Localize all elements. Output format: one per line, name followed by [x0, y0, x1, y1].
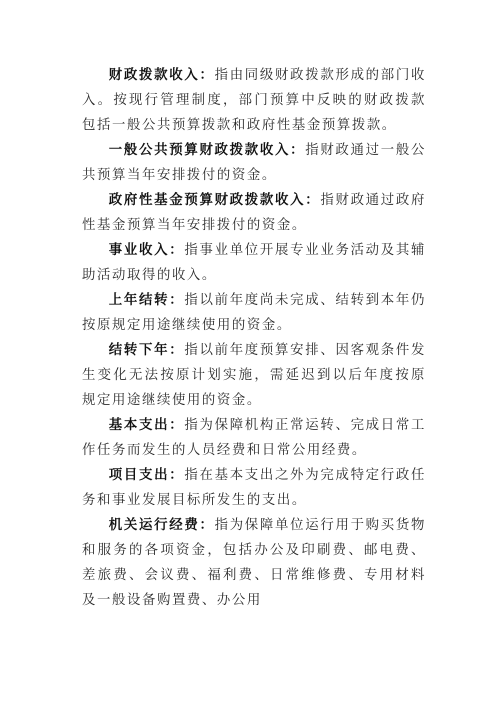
term-label: 一般公共预算财政拨款收入：	[109, 142, 305, 158]
paragraph-business-income: 事业收入：指事业单位开展专业业务活动及其辅助活动取得的收入。	[82, 238, 426, 288]
term-label: 机关运行经费：	[109, 517, 215, 533]
document-page: 财政拨款收入：指由同级财政拨款形成的部门收入。按现行管理制度，部门预算中反映的财…	[82, 63, 426, 613]
term-label: 政府性基金预算财政拨款收入：	[109, 192, 321, 208]
paragraph-prior-year-carryover: 上年结转：指以前年度尚未完成、结转到本年仍按原规定用途继续使用的资金。	[82, 288, 426, 338]
term-label: 基本支出：	[109, 417, 185, 433]
paragraph-carryover-next-year: 结转下年：指以前年度预算安排、因客观条件发生变化无法按原计划实施，需延迟到以后年…	[82, 338, 426, 413]
paragraph-government-fund-budget-income: 政府性基金预算财政拨款收入：指财政通过政府性基金预算当年安排拨付的资金。	[82, 188, 426, 238]
term-label: 上年结转：	[109, 292, 185, 308]
paragraph-agency-operating-expenses: 机关运行经费：指为保障单位运行用于购买货物和服务的各项资金，包括办公及印刷费、邮…	[82, 513, 426, 613]
term-label: 财政拨款收入：	[109, 67, 215, 83]
paragraph-basic-expenditure: 基本支出：指为保障机构正常运转、完成日常工作任务而发生的人员经费和日常公用经费。	[82, 413, 426, 463]
paragraph-project-expenditure: 项目支出：指在基本支出之外为完成特定行政任务和事业发展目标所发生的支出。	[82, 463, 426, 513]
term-label: 结转下年：	[109, 342, 185, 358]
term-label: 事业收入：	[109, 242, 185, 258]
term-label: 项目支出：	[109, 467, 185, 483]
paragraph-general-public-budget-income: 一般公共预算财政拨款收入：指财政通过一般公共预算当年安排拨付的资金。	[82, 138, 426, 188]
paragraph-fiscal-appropriation-income: 财政拨款收入：指由同级财政拨款形成的部门收入。按现行管理制度，部门预算中反映的财…	[82, 63, 426, 138]
